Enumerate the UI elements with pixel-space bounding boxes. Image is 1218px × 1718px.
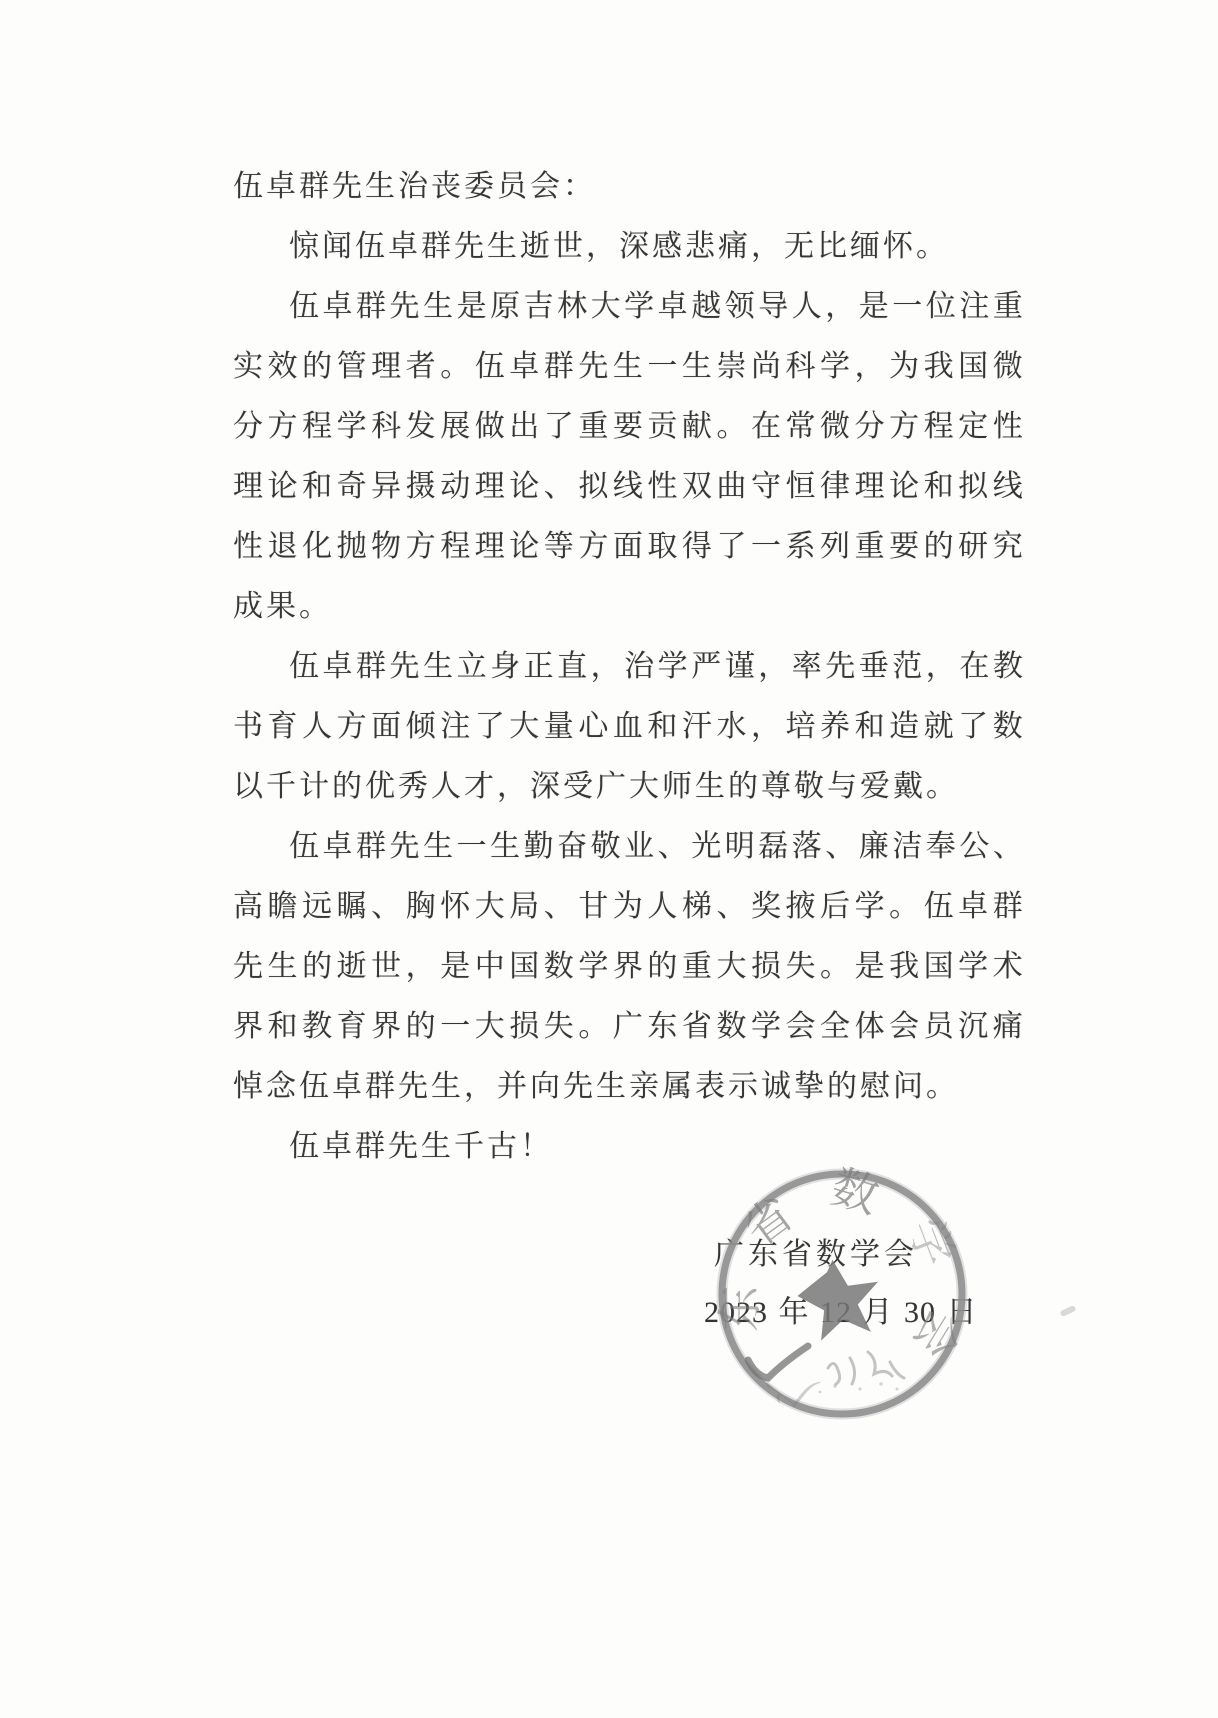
letter-line: 伍卓群先生是原吉林大学卓越领导人，是一位注重: [233, 277, 1023, 337]
letter-line: 惊闻伍卓群先生逝世，深感悲痛，无比缅怀。: [233, 217, 1023, 277]
letter-line: 伍卓群先生一生勤奋敬业、光明磊落、廉洁奉公、: [233, 817, 1023, 877]
scanned-letter-page: 伍卓群先生治丧委员会： 惊闻伍卓群先生逝世，深感悲痛，无比缅怀。 伍卓群先生是原…: [0, 0, 1218, 1718]
letter-line: 成果。: [233, 577, 1023, 637]
letter-line: 书育人方面倾注了大量心血和汗水，培养和造就了数: [233, 697, 1023, 757]
letter-line: 理论和奇异摄动理论、拟线性双曲守恒律理论和拟线: [233, 457, 1023, 517]
letter-line: 以千计的优秀人才，深受广大师生的尊敬与爱戴。: [233, 757, 1023, 817]
letter-salutation: 伍卓群先生治丧委员会：: [233, 157, 1023, 217]
scan-artifact: [1059, 1305, 1076, 1317]
letter-body: 伍卓群先生治丧委员会： 惊闻伍卓群先生逝世，深感悲痛，无比缅怀。 伍卓群先生是原…: [233, 157, 1023, 1177]
letter-line: 实效的管理者。伍卓群先生一生崇尚科学，为我国微: [233, 337, 1023, 397]
letter-line: 伍卓群先生立身正直，治学严谨，率先垂范，在教: [233, 637, 1023, 697]
scribble-dots: [819, 1382, 899, 1393]
letter-line: 悼念伍卓群先生，并向先生亲属表示诚挚的慰问。: [233, 1057, 1023, 1117]
official-seal-stamp: 广东省数学会: [710, 1162, 974, 1426]
letter-line: 性退化抛物方程理论等方面取得了一系列重要的研究: [233, 517, 1023, 577]
handwriting-scribble: [828, 1352, 904, 1384]
seal-ring-text: 广东省数学会: [714, 1162, 974, 1418]
seal-ring: [722, 1174, 962, 1414]
checkmark-stroke: [748, 1346, 808, 1378]
signature-date: 2023 年 12 月 30 日: [704, 1296, 978, 1330]
letter-line: 高瞻远瞩、胸怀大局、甘为人梯、奖掖后学。伍卓群: [233, 877, 1023, 937]
letter-line: 先生的逝世，是中国数学界的重大损失。是我国学术: [233, 937, 1023, 997]
signature-organization: 广东省数学会: [714, 1238, 918, 1272]
letter-closing-line: 伍卓群先生千古！: [233, 1117, 1023, 1177]
letter-line: 分方程学科发展做出了重要贡献。在常微分方程定性: [233, 397, 1023, 457]
letter-line: 界和教育界的一大损失。广东省数学会全体会员沉痛: [233, 997, 1023, 1057]
